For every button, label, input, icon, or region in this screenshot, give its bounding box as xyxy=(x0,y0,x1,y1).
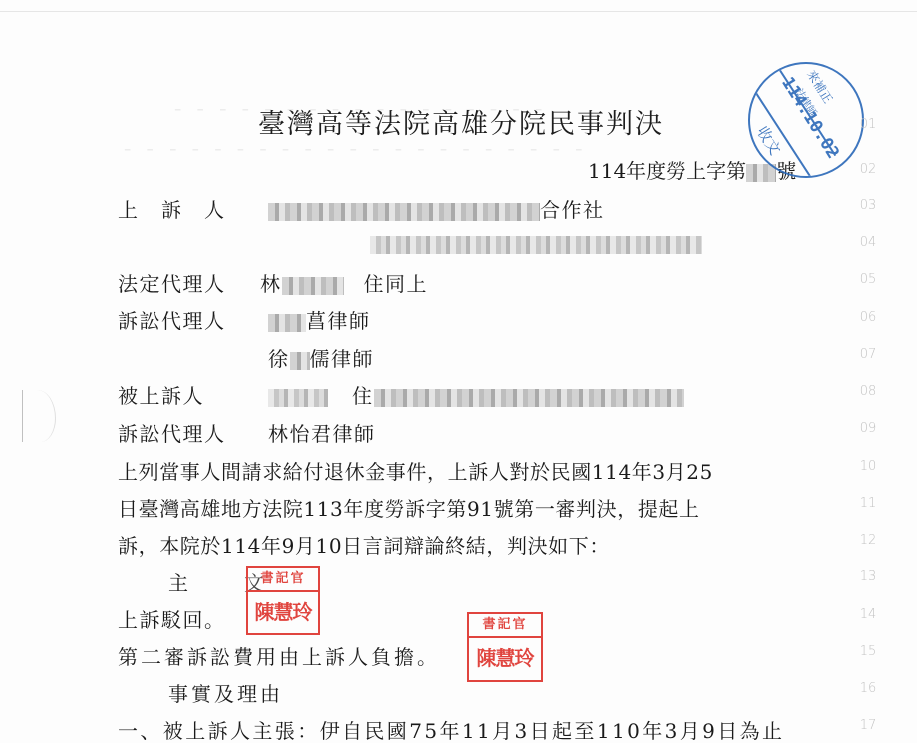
clerk-seal: 書記官 陳慧玲 xyxy=(246,566,320,635)
line-number: 06 xyxy=(853,310,883,325)
redacted-name xyxy=(290,352,310,370)
received-date-stamp: 來補正 法律師 114.10.02 收文 xyxy=(748,62,864,178)
party-appellee: 被上訴人住 xyxy=(118,380,684,409)
agent-name: 林怡君律師 xyxy=(268,422,376,446)
clerk-seal: 書記官 陳慧玲 xyxy=(467,612,543,682)
seal-title: 書記官 xyxy=(469,614,541,638)
ruling-1: 上訴駁回。 xyxy=(118,604,226,633)
party-role: 上 訴 人 xyxy=(118,194,268,223)
line-number: 11 xyxy=(853,496,883,511)
line-number: 07 xyxy=(853,347,883,362)
line-number: 13 xyxy=(853,569,883,584)
redacted-address xyxy=(374,389,684,407)
line-number: 05 xyxy=(853,272,883,287)
party-role: 被上訴人 xyxy=(118,380,268,409)
redacted-address xyxy=(370,236,702,254)
party-appellant: 上 訴 人合作社 xyxy=(118,194,605,223)
judgment-page: ╴ ╴ ╴ ╴ ╴ ╴ ╴ ╴ ╴ ╴ ╴ ╴ ╴ ╴ ╴ ╴ ╴ ╴ ╴ ╴ … xyxy=(0,0,917,743)
body-line-12: 訴，本院於114年9月10日言詞辯論終結，判決如下： xyxy=(118,530,610,559)
party-address: 住同上 xyxy=(364,272,429,296)
party-role: 訴訟代理人 xyxy=(118,418,268,447)
party-role: 訴訟代理人 xyxy=(118,305,268,334)
seal-title: 書記官 xyxy=(248,568,318,592)
document-title: 臺灣高等法院高雄分院民事判決 xyxy=(258,102,664,141)
party-name-suffix: 合作社 xyxy=(540,198,605,222)
redacted-name xyxy=(268,389,328,407)
name-suffix: 儒律師 xyxy=(310,347,375,371)
bleed-through-text: ╴ ╴ ╴ ╴ ╴ ╴ ╴ ╴ ╴ ╴ ╴ ╴ ╴ ╴ ╴ ╴ ╴ ╴ ╴ ╴ … xyxy=(125,140,590,161)
party-appellant-address xyxy=(370,231,702,255)
redacted-name xyxy=(268,203,540,221)
party-appellee-agent: 訴訟代理人林怡君律師 xyxy=(118,418,376,447)
party-litigation-agent-1: 訴訟代理人菖律師 xyxy=(118,305,371,334)
line-number: 12 xyxy=(853,533,883,548)
name-suffix: 菖律師 xyxy=(306,309,371,333)
line-number: 17 xyxy=(853,718,883,733)
seal-name: 陳慧玲 xyxy=(248,592,318,632)
line-number: 04 xyxy=(853,235,883,250)
redacted-name xyxy=(268,314,306,332)
stamp-side-text: 收文 xyxy=(752,122,786,159)
line-number: 15 xyxy=(853,644,883,659)
facts-heading: 事實及理由 xyxy=(168,678,283,707)
body-line-11: 日臺灣高雄地方法院113年度勞訴字第91號第一審判決，提起上 xyxy=(118,493,700,522)
line-number: 02 xyxy=(853,162,883,177)
name-prefix: 徐 xyxy=(268,347,290,371)
line-number: 09 xyxy=(853,421,883,436)
line-number: 08 xyxy=(853,384,883,399)
page-top-edge xyxy=(0,11,917,12)
redacted-name xyxy=(282,277,344,295)
seal-name: 陳慧玲 xyxy=(469,638,541,678)
margin-pen-mark xyxy=(22,390,56,442)
body-line-10: 上列當事人間請求給付退休金事件，上訴人對於民國114年3月25 xyxy=(118,456,713,485)
party-litigation-agent-2: 徐儒律師 xyxy=(268,343,374,372)
line-number: 14 xyxy=(853,607,883,622)
line-number: 16 xyxy=(853,681,883,696)
address-label: 住 xyxy=(352,384,374,408)
line-number: 03 xyxy=(853,198,883,213)
party-legal-representative: 法定代理人林住同上 xyxy=(118,268,428,297)
line-number: 01 xyxy=(853,117,883,132)
line-number: 10 xyxy=(853,459,883,474)
name-prefix: 林 xyxy=(260,272,282,296)
case-number-prefix: 114年度勞上字第 xyxy=(588,159,746,183)
ruling-2: 第二審訴訟費用由上訴人負擔。 xyxy=(118,641,440,670)
facts-line-17: 一、被上訴人主張：伊自民國75年11月3日起至110年3月9日為止 xyxy=(118,715,784,743)
party-role: 法定代理人 xyxy=(118,268,260,297)
